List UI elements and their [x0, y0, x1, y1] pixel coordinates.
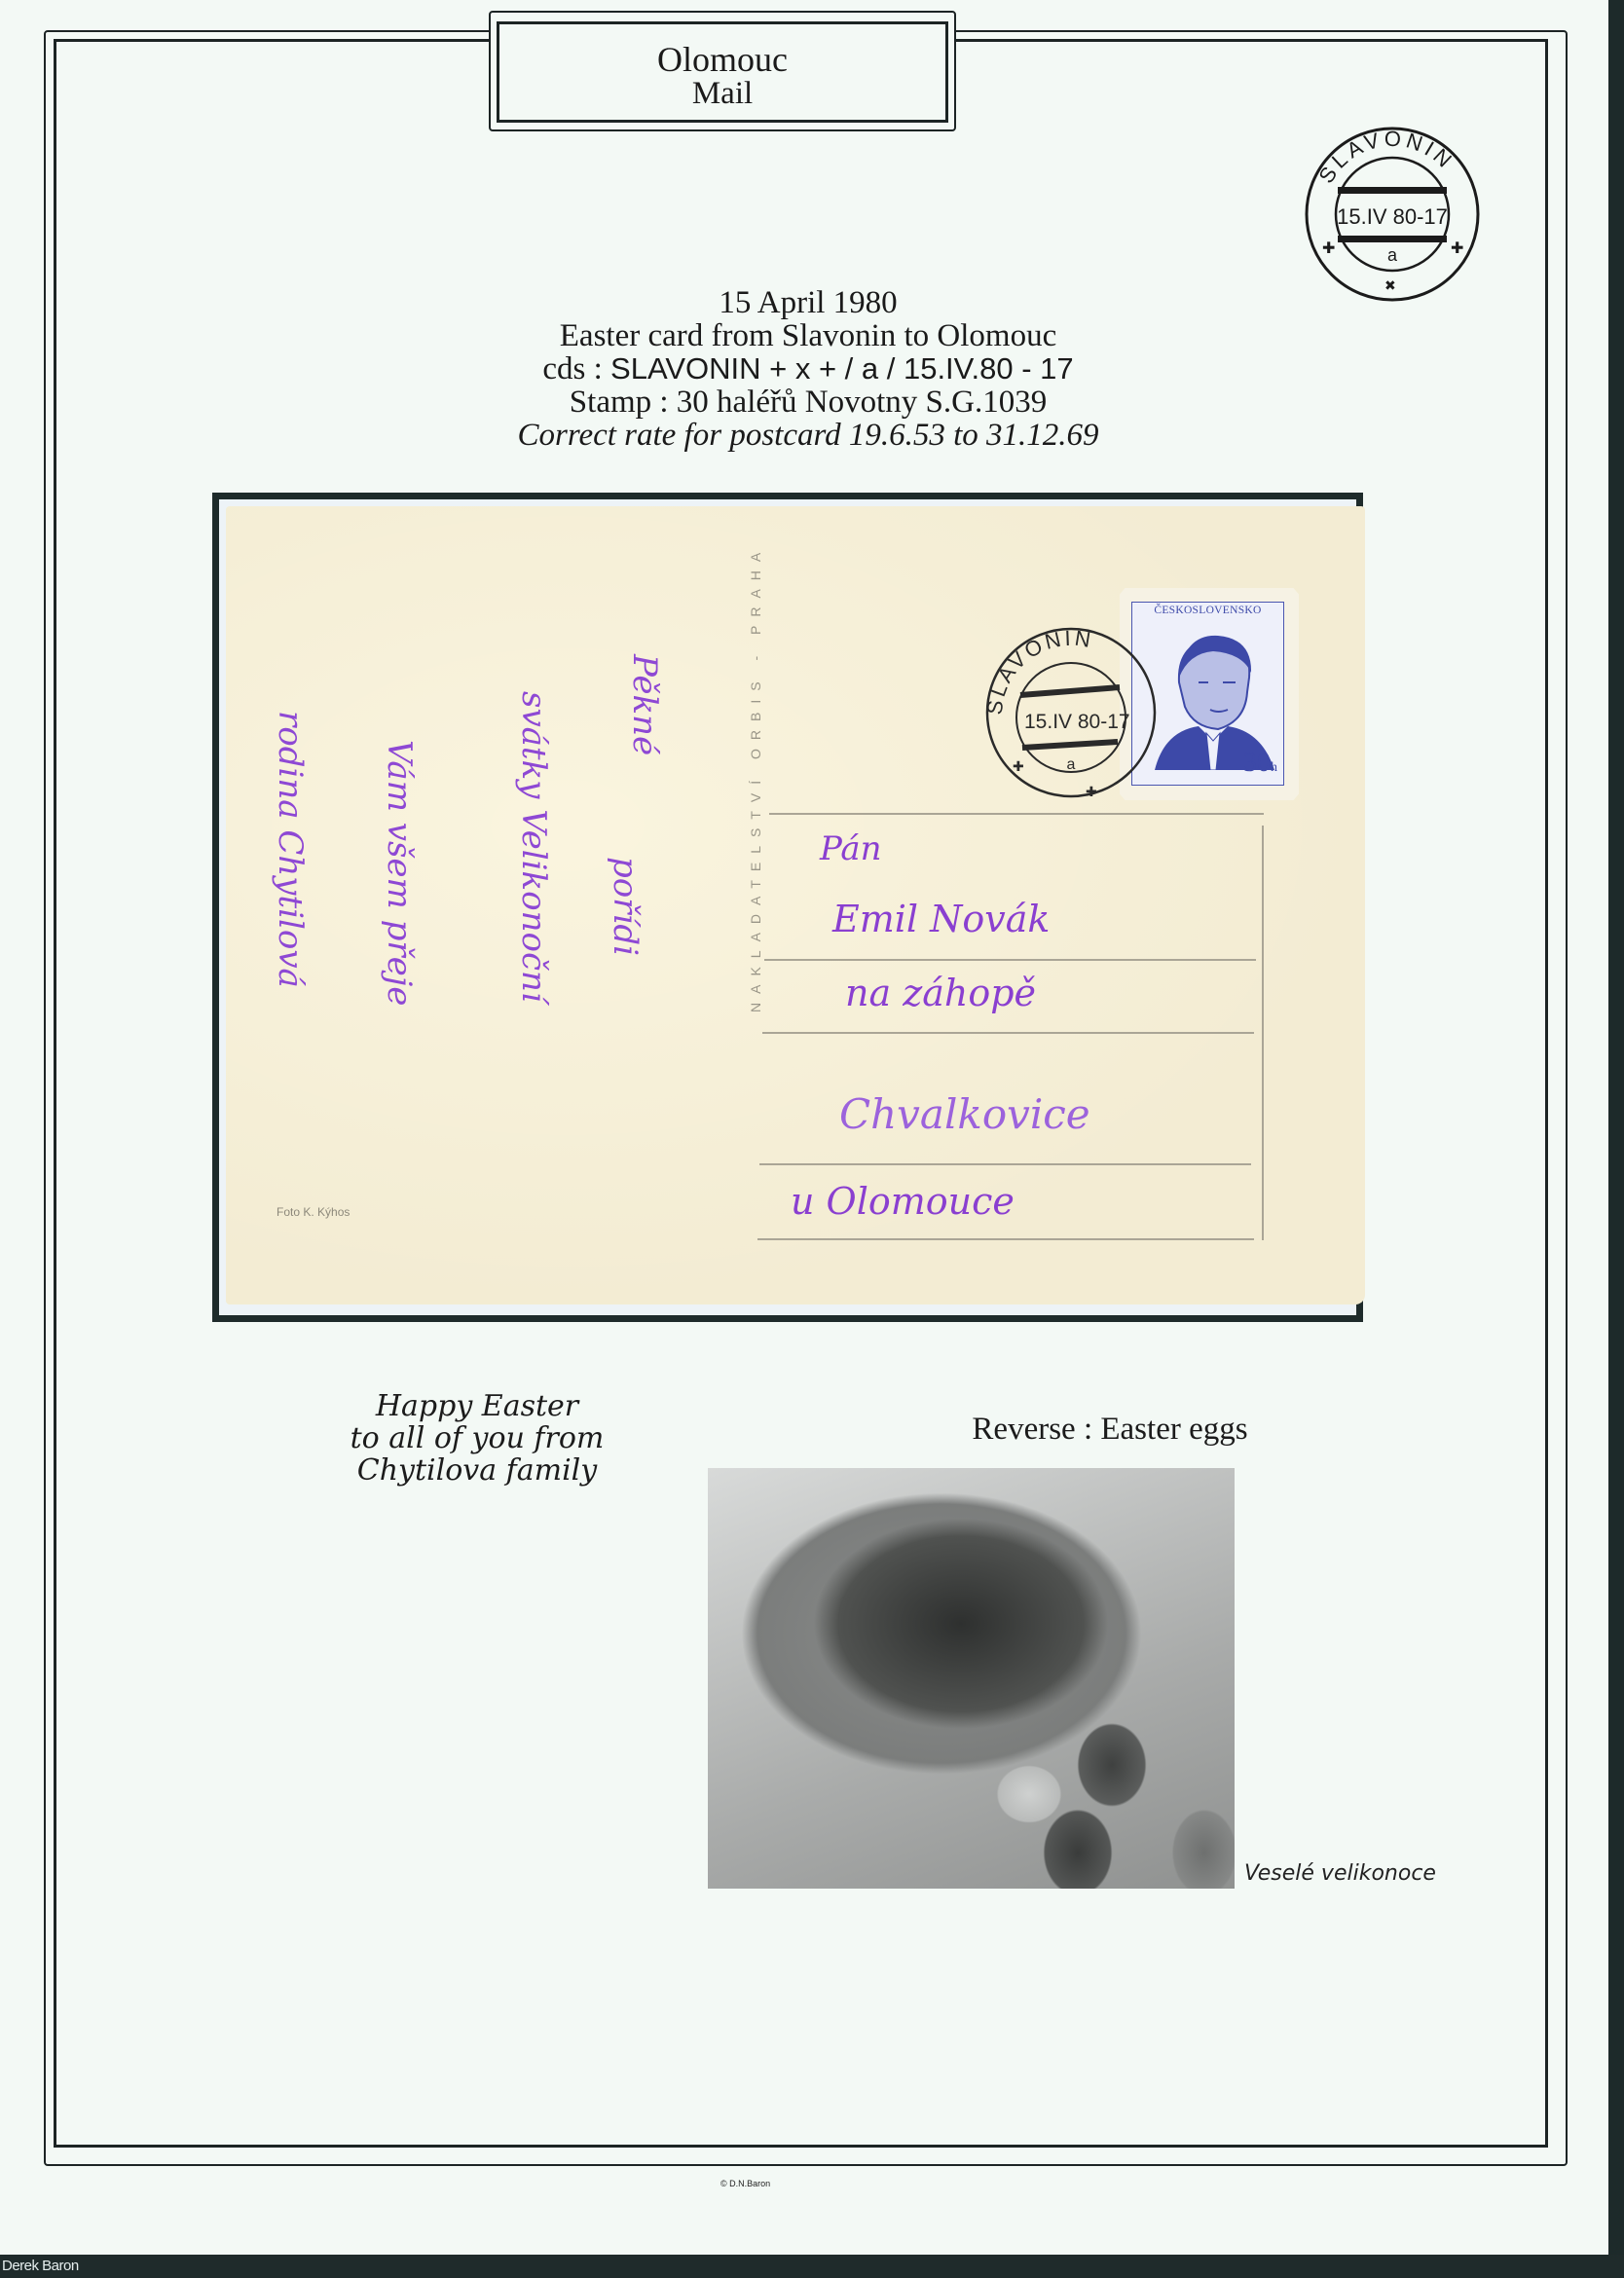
svg-text:✖: ✖: [1384, 279, 1396, 294]
message-line-4: Vám všem přeje: [380, 740, 419, 1006]
scan-edge-bottom: [0, 2255, 1624, 2278]
stamp-value: 30h: [1243, 748, 1277, 779]
svg-text:✚: ✚: [1013, 760, 1024, 775]
photographer-watermark: Derek Baron: [2, 2258, 79, 2274]
postmark-office: a: [1387, 245, 1398, 265]
card-postmark: SLAVONIN 15.IV 80-17 a ✚ ✚: [974, 615, 1168, 810]
svg-text:✚: ✚: [1086, 786, 1097, 800]
cds-value: SLAVONIN + x + / a / 15.IV.80 - 17: [610, 351, 1074, 386]
address-line-3: na záhopě: [845, 972, 1036, 1014]
message-line-1: Pěkné: [625, 654, 664, 755]
page-title: Olomouc: [499, 42, 945, 77]
address-box-edge: [1262, 826, 1264, 1240]
page-title-box: Olomouc Mail: [489, 11, 956, 131]
address-line-2: Emil Novák: [832, 898, 1050, 940]
card-postmark-town: SLAVONIN: [982, 626, 1095, 716]
photo-credit: Foto K. Kýhos: [277, 1205, 350, 1219]
reverse-title: Reverse : Easter eggs: [876, 1412, 1344, 1448]
address-line: [764, 959, 1256, 961]
message-line-2: pořídi: [606, 857, 645, 956]
address-line: [757, 1238, 1254, 1240]
cover-description: 15 April 1980 Easter card from Slavonin …: [370, 286, 1246, 452]
postmark-illustration: SLAVONIN 15.IV 80-17 a ✚ ✚ ✖: [1295, 117, 1490, 312]
cover-summary: Easter card from Slavonin to Olomouc: [370, 319, 1246, 352]
card-postmark-date: 15.IV 80-17: [1024, 711, 1130, 733]
publisher-imprint: NAKLADATELSTVÍ ORBIS - PRAHA: [748, 544, 763, 1012]
greeting-translation: Happy Easter to all of you from Chytilov…: [292, 1390, 662, 1487]
rate-note: Correct rate for postcard 19.6.53 to 31.…: [370, 419, 1246, 452]
postmark-date: 15.IV 80-17: [1337, 204, 1448, 229]
photo-caption: Veselé velikonoce: [1244, 1861, 1436, 1886]
address-line: [769, 813, 1264, 815]
message-line-5: rodina Chytilová: [271, 711, 310, 988]
message-line-3: svátky Velikonoční: [514, 691, 553, 1003]
svg-text:✚: ✚: [1451, 240, 1463, 257]
address-line: [759, 1163, 1251, 1165]
address-line-1: Pán: [820, 829, 882, 868]
address-line-4: Chvalkovice: [839, 1090, 1090, 1138]
cds-line: cds : SLAVONIN + x + / a / 15.IV.80 - 17: [370, 352, 1246, 386]
card-postmark-office: a: [1067, 756, 1076, 773]
svg-text:SLAVONIN: SLAVONIN: [982, 626, 1095, 716]
svg-text:✚: ✚: [1322, 240, 1335, 257]
stamp-description: Stamp : 30 haléřů Novotny S.G.1039: [370, 386, 1246, 419]
page-subtitle: Mail: [499, 77, 945, 110]
copyright-note: © D.N.Baron: [720, 2179, 770, 2188]
address-line-5: u Olomouce: [791, 1180, 1015, 1223]
scan-edge-right: [1608, 0, 1624, 2278]
easter-eggs-photo: [708, 1468, 1235, 1889]
address-line: [762, 1032, 1254, 1034]
posting-date: 15 April 1980: [370, 286, 1246, 319]
